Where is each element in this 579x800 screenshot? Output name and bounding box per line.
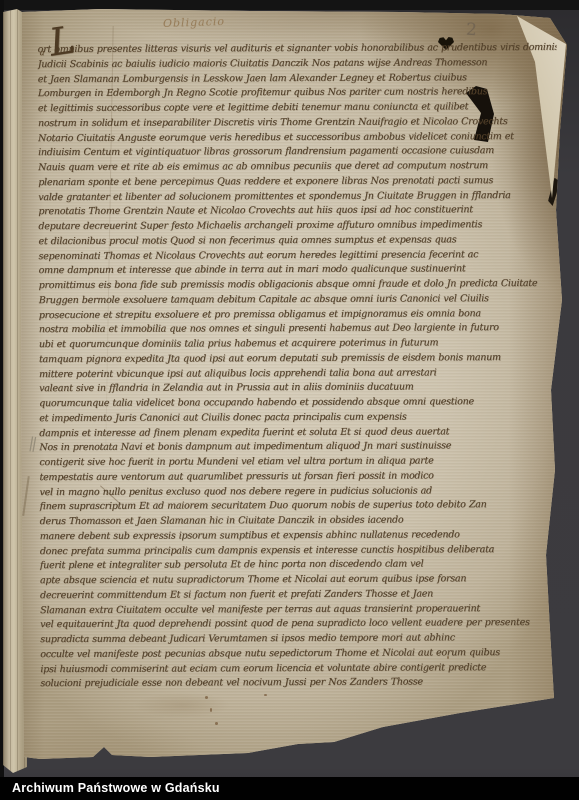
manuscript-line: tamquam pignora expedita Jta quod ipsi a… [39,351,558,368]
archival-scan-viewer: Obligacio 2 1 || L a ort omnibus present… [0,0,579,800]
manuscript-line: Lomburgen in Edemborgh Jn Regno Scotie p… [38,85,557,102]
scan-top-edge [0,0,579,10]
decorated-initial: L [49,32,76,50]
manuscript-line: solucioni prejudiciale esse non debeant … [40,675,559,692]
ink-spot [264,694,267,696]
manuscript-page: Obligacio 2 1 || L a ort omnibus present… [17,6,569,766]
ink-spot [210,708,212,712]
manuscript-line: donec prefata summa principalis cum damp… [40,542,559,559]
heading-obligacio: Obligacio [163,15,225,30]
manuscript-line: ipsi huiusmodi commiserint aut eciam cum… [40,660,559,677]
ink-spot [215,722,218,725]
margin-pencil-mark: || [27,434,36,453]
manuscript-line: occulte vel manifeste post pecunias absq… [40,646,559,663]
archive-name: Archiwum Państwowe w Gdańsku [0,777,579,800]
margin-letter: a [40,46,45,61]
manuscript-line: deputare decreuerint Super festo Michael… [38,218,557,235]
margin-crease [22,476,30,516]
ink-spot [205,696,208,699]
manuscript-line: Judicii Scabinis ac baiulis iudicio maio… [38,56,557,73]
archive-watermark-bar: Archiwum Państwowe w Gdańsku [0,777,579,800]
folio-number: 2 [465,20,477,41]
manuscript-line: nostra mobilia et immobilia que nos omne… [39,321,558,338]
manuscript-line: vel equitauerint Jta quod deprehendi pos… [40,616,559,633]
manuscript-line: valde gratanter et libenter ad solucione… [38,188,557,205]
manuscript-line: Bruggen bermole exsoluere tamquam debitu… [39,292,558,309]
manuscript-text-block: L a ort omnibus presentes litteras visur… [38,41,560,692]
manuscript-line: nostrum in solidum et inseparabiliter Di… [38,115,557,132]
manuscript-line: finem suprascriptum Et ad maiorem securi… [40,498,559,515]
manuscript-line: plenariam sponte et bene percepimus Quas… [38,174,557,191]
